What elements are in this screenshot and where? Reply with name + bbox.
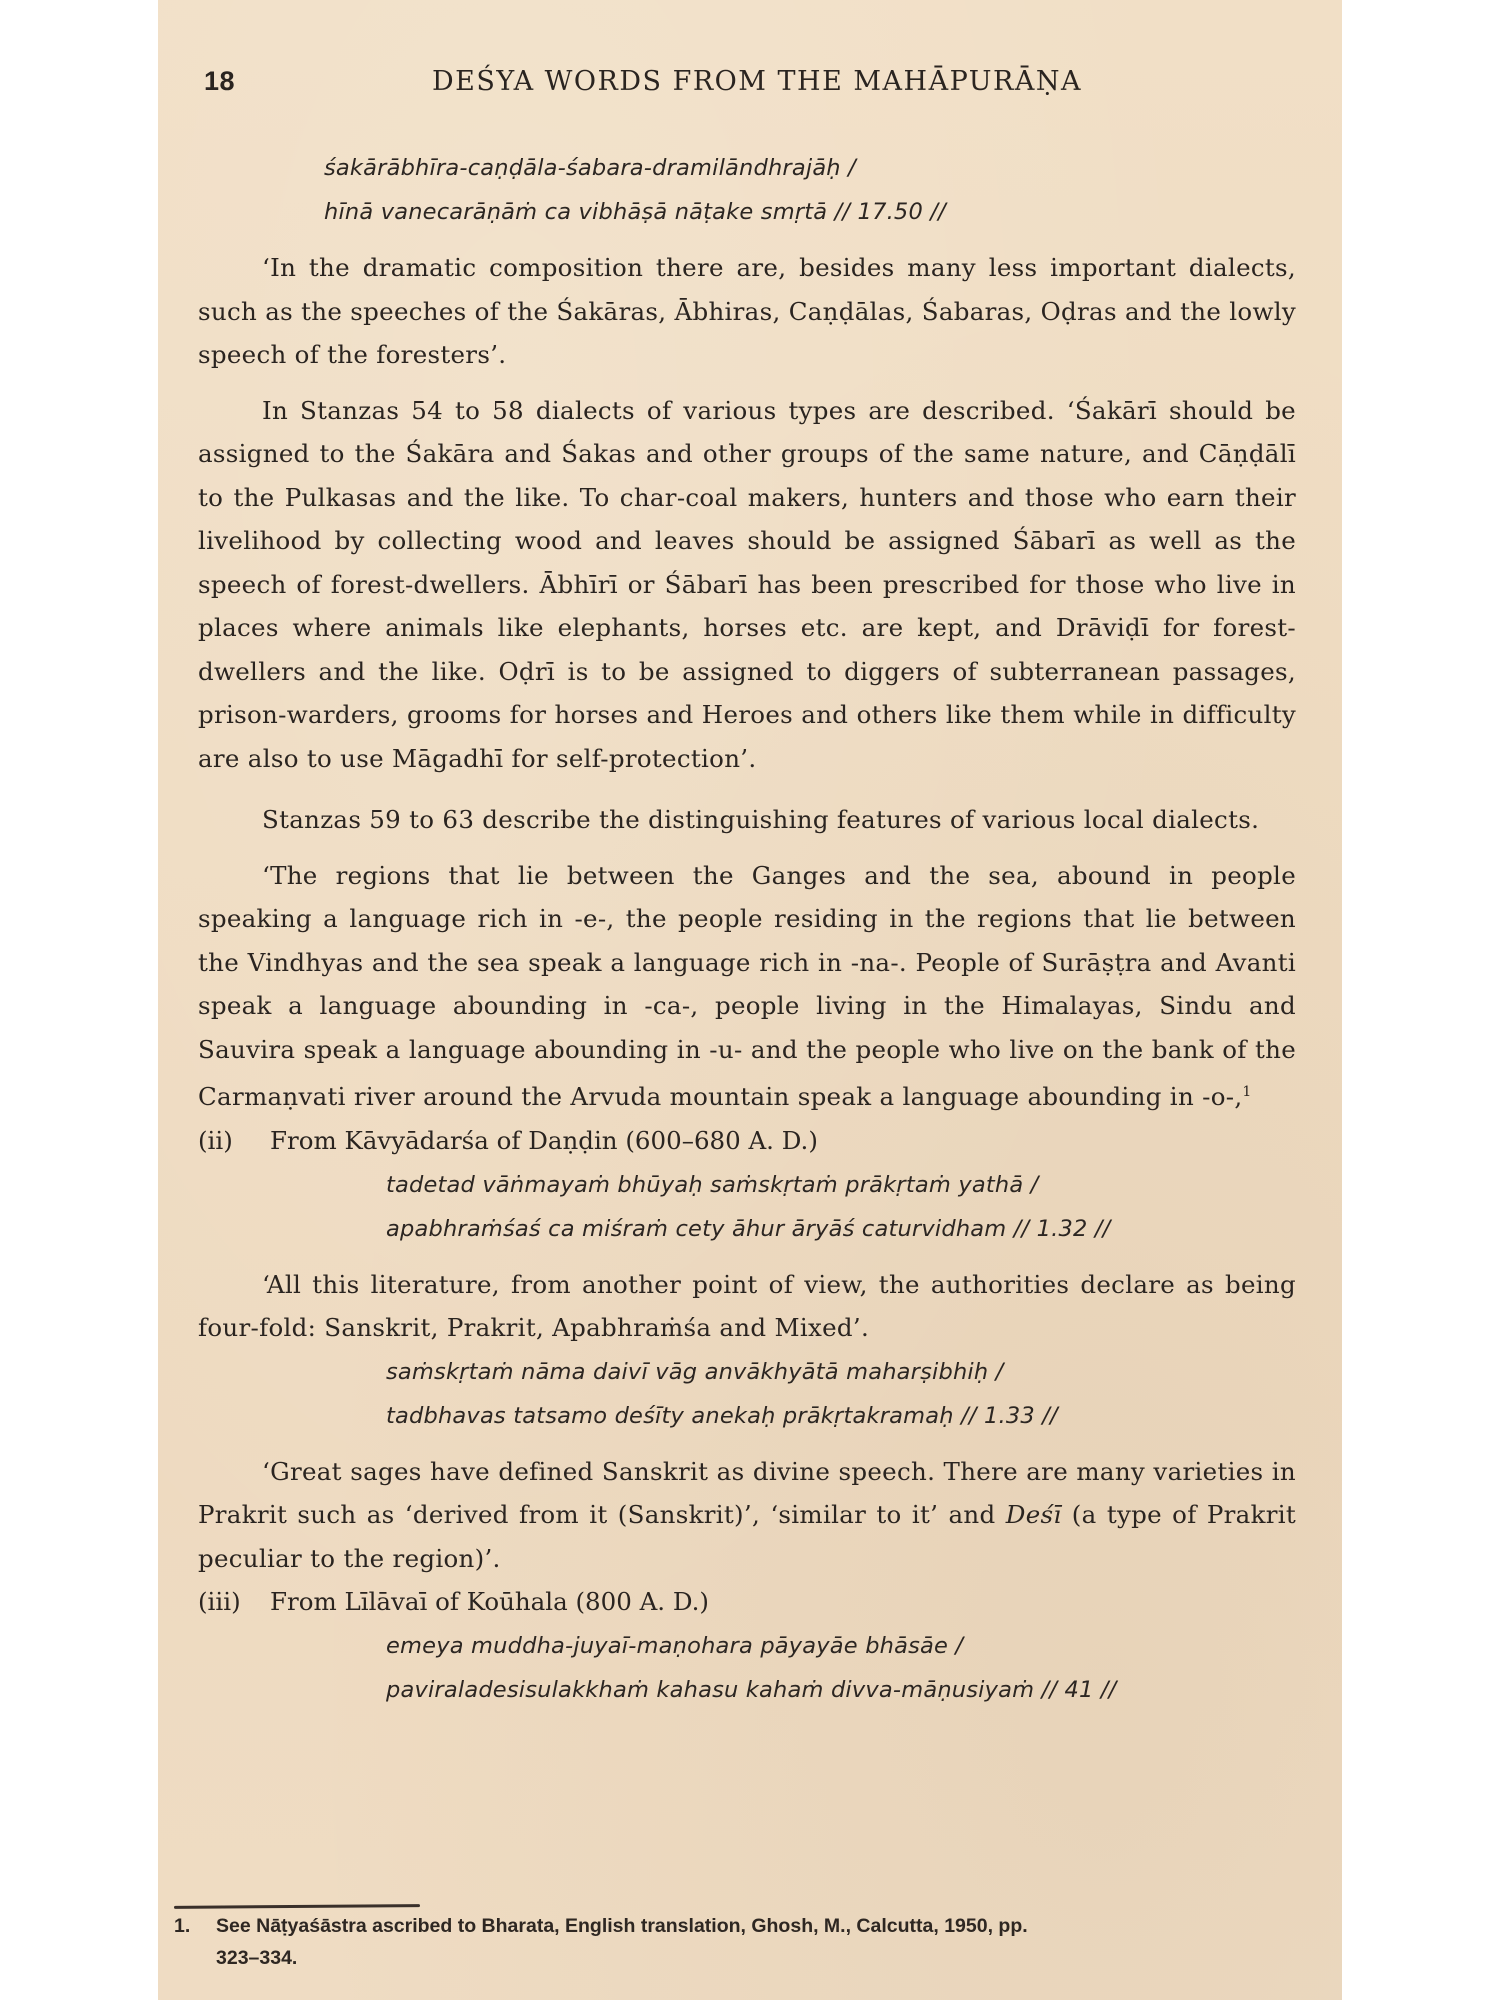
footnote-text-continued: 323–334.: [174, 1942, 1296, 1974]
paragraph-dramatic-composition: ‘In the dramatic composition there are, …: [198, 246, 1296, 377]
footnote-text: See Nāṭyaśāstra ascribed to Bharata, Eng…: [216, 1915, 1028, 1937]
verse-17-50-line-1: śakārābhīra-caṇḍāla-śabara-dramilāndhraj…: [198, 146, 1296, 190]
section-heading-ii: (ii) From Kāvyādarśa of Daṇḍin (600–680 …: [198, 1119, 1296, 1163]
paragraph-stanzas-54-58: In Stanzas 54 to 58 dialects of various …: [198, 389, 1296, 781]
section-title: From Kāvyādarśa of Daṇḍin (600–680 A. D.…: [270, 1119, 818, 1163]
section-number: (iii): [198, 1580, 242, 1624]
paragraph-regions: ‘The regions that lie between the Ganges…: [198, 854, 1296, 1119]
footnote-divider: [174, 1904, 420, 1909]
verse-41-line-1: emeya muddha-juyaī-maṇohara pāyayāe bhās…: [198, 1624, 1296, 1668]
paragraph-great-sages: ‘Great sages have defined Sanskrit as di…: [198, 1450, 1296, 1581]
verse-17-50-line-2: hīnā vanecarāṇāṁ ca vibhāṣā nāṭake smṛtā…: [198, 190, 1296, 234]
book-page: 18 DEŚYA WORDS FROM THE MAHĀPURĀṆA śakār…: [158, 0, 1342, 2000]
running-title: DEŚYA WORDS FROM THE MAHĀPURĀṆA: [432, 66, 1082, 97]
section-heading-iii: (iii) From Līlāvaī of Koūhala (800 A. D.…: [198, 1580, 1296, 1624]
page-body: śakārābhīra-caṇḍāla-śabara-dramilāndhraj…: [198, 146, 1296, 1712]
running-head: 18 DEŚYA WORDS FROM THE MAHĀPURĀṆA: [204, 66, 1296, 106]
verse-1-33-line-2: tadbhavas tatsamo deśīty anekaḥ prākṛtak…: [198, 1394, 1296, 1438]
verse-1-32-line-1: tadetad vāṅmayaṁ bhūyaḥ saṁskṛtaṁ prākṛt…: [198, 1163, 1296, 1207]
paragraph-stanzas-59-63: Stanzas 59 to 63 describe the distinguis…: [198, 798, 1296, 842]
emphasis-desi: Deśī: [1006, 1500, 1062, 1529]
verse-1-33-line-1: saṁskṛtaṁ nāma daivī vāg anvākhyātā maha…: [198, 1350, 1296, 1394]
paragraph-regions-text: ‘The regions that lie between the Ganges…: [198, 861, 1296, 1112]
section-number: (ii): [198, 1119, 242, 1163]
paragraph-literature: ‘All this literature, from another point…: [198, 1263, 1296, 1350]
footnote-number: 1.: [174, 1910, 216, 1942]
verse-41-line-2: paviraladesisulakkhaṁ kahasu kahaṁ divva…: [198, 1668, 1296, 1712]
footnote-reference: 1: [1242, 1084, 1251, 1100]
section-title: From Līlāvaī of Koūhala (800 A. D.): [270, 1580, 709, 1624]
verse-1-32-line-2: apabhraṁśaś ca miśraṁ cety āhur āryāś ca…: [198, 1207, 1296, 1251]
footnote: 1.See Nāṭyaśāstra ascribed to Bharata, E…: [174, 1910, 1296, 1974]
page-number: 18: [204, 66, 235, 97]
